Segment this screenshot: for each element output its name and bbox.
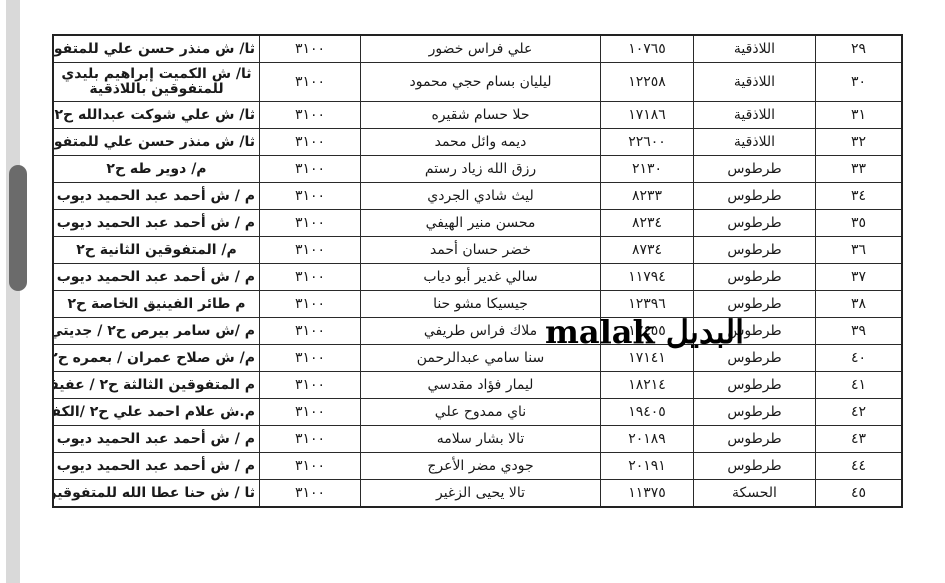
cell-amount: ٣١٠٠ (260, 426, 361, 453)
cell-number: ٨٧٣٤ (601, 237, 694, 264)
cell-name: ليمار فؤاد مقدسي (361, 372, 601, 399)
table-row: ٣٨ طرطوس ١٢٣٩٦ جيسيكا مشو حنا ٣١٠٠ م طائ… (53, 291, 902, 318)
cell-school: ثا/ ش الكميت إبراهيم بليدي للمتفوقين بال… (53, 63, 260, 102)
cell-school: م/ دوير طه ح٢ (53, 156, 260, 183)
cell-amount: ٣١٠٠ (260, 318, 361, 345)
cell-name: ليث شادي الجردي (361, 183, 601, 210)
results-table-body: ٢٩ اللاذقية ١٠٧٦٥ علي فراس خضور ٣١٠٠ ثا/… (53, 35, 902, 507)
cell-amount: ٣١٠٠ (260, 35, 361, 63)
cell-number: ١٢٢٥٨ (601, 63, 694, 102)
cell-seq: ٤٣ (816, 426, 903, 453)
cell-amount: ٣١٠٠ (260, 63, 361, 102)
cell-amount: ٣١٠٠ (260, 237, 361, 264)
cell-name: سنا سامي عبدالرحمن (361, 345, 601, 372)
cell-seq: ٤٤ (816, 453, 903, 480)
table-row: ٤٣ طرطوس ٢٠١٨٩ تالا بشار سلامه ٣١٠٠ م / … (53, 426, 902, 453)
cell-city: طرطوس (694, 372, 816, 399)
cell-seq: ٤٠ (816, 345, 903, 372)
cell-number: ٢٠١٩١ (601, 453, 694, 480)
cell-name: جيسيكا مشو حنا (361, 291, 601, 318)
cell-school: ثا/ ش منذر حسن علي للمتفوقين (53, 35, 260, 63)
vertical-scrollbar-track[interactable] (6, 0, 20, 583)
cell-city: طرطوس (694, 291, 816, 318)
cell-amount: ٣١٠٠ (260, 264, 361, 291)
cell-amount: ٣١٠٠ (260, 183, 361, 210)
cell-school: م / ش أحمد عبد الحميد ديوب ح٢ (53, 426, 260, 453)
cell-seq: ٣٤ (816, 183, 903, 210)
cell-city: الحسكة (694, 480, 816, 508)
vertical-scrollbar-thumb[interactable] (9, 165, 27, 291)
cell-number: ٨٢٣٣ (601, 183, 694, 210)
cell-city: اللاذقية (694, 63, 816, 102)
cell-city: طرطوس (694, 345, 816, 372)
table-row: ٤٢ طرطوس ١٩٤٠٥ ناي ممدوح علي ٣١٠٠ م.ش عل… (53, 399, 902, 426)
cell-amount: ٣١٠٠ (260, 399, 361, 426)
table-row: ٣٠ اللاذقية ١٢٢٥٨ ليليان بسام حجي محمود … (53, 63, 902, 102)
cell-school: م/ المتفوقين الثانية ح٢ (53, 237, 260, 264)
table-row: ٣٣ طرطوس ٢١٣٠ رزق الله زياد رستم ٣١٠٠ م/… (53, 156, 902, 183)
table-row: ٣٤ طرطوس ٨٢٣٣ ليث شادي الجردي ٣١٠٠ م / ش… (53, 183, 902, 210)
cell-amount: ٣١٠٠ (260, 102, 361, 129)
cell-school: م / ش أحمد عبد الحميد ديوب ح٢ (53, 453, 260, 480)
cell-number: ١٠٧٦٥ (601, 35, 694, 63)
cell-school: م المتفوقين الثالثة ح٢ / عفيف نصر (53, 372, 260, 399)
cell-number: ١٨٢١٤ (601, 372, 694, 399)
cell-seq: ٣٢ (816, 129, 903, 156)
cell-seq: ٣٨ (816, 291, 903, 318)
table-row: ٤٠ طرطوس ١٧١٤١ سنا سامي عبدالرحمن ٣١٠٠ م… (53, 345, 902, 372)
cell-school: ثا/ ش منذر حسن علي للمتفوقين (53, 129, 260, 156)
cell-name: حلا حسام شقيره (361, 102, 601, 129)
cell-number: ١٧١٨٦ (601, 102, 694, 129)
cell-seq: ٣٩ (816, 318, 903, 345)
cell-name: علي فراس خضور (361, 35, 601, 63)
cell-seq: ٤٢ (816, 399, 903, 426)
table-row: ٤٤ طرطوس ٢٠١٩١ جودي مضر الأعرج ٣١٠٠ م / … (53, 453, 902, 480)
cell-amount: ٣١٠٠ (260, 480, 361, 508)
cell-seq: ٤٥ (816, 480, 903, 508)
cell-school: م طائر الفينيق الخاصة ح٢ (53, 291, 260, 318)
table-row: ٤١ طرطوس ١٨٢١٤ ليمار فؤاد مقدسي ٣١٠٠ م ا… (53, 372, 902, 399)
cell-seq: ٢٩ (816, 35, 903, 63)
table-row: ٣٩ طرطوس ١٢٤٥٥ ملاك فراس طريفي ٣١٠٠ م /ش… (53, 318, 902, 345)
cell-number: ١١٧٩٤ (601, 264, 694, 291)
cell-number: ١٩٤٠٥ (601, 399, 694, 426)
cell-city: طرطوس (694, 156, 816, 183)
cell-amount: ٣١٠٠ (260, 156, 361, 183)
table-row: ٣٢ اللاذقية ٢٢٦٠٠ ديمه وائل محمد ٣١٠٠ ثا… (53, 129, 902, 156)
table-row: ٣٥ طرطوس ٨٢٣٤ محسن منير الهيفي ٣١٠٠ م / … (53, 210, 902, 237)
cell-city: طرطوس (694, 399, 816, 426)
table-row: ٢٩ اللاذقية ١٠٧٦٥ علي فراس خضور ٣١٠٠ ثا/… (53, 35, 902, 63)
cell-school: م /ش سامر بيرص ح٢ / جديتي (53, 318, 260, 345)
cell-school: ثا/ ش علي شوكت عبدالله ح٢ (53, 102, 260, 129)
cell-school: م / ش أحمد عبد الحميد ديوب ح٢ (53, 210, 260, 237)
cell-amount: ٣١٠٠ (260, 291, 361, 318)
cell-amount: ٣١٠٠ (260, 372, 361, 399)
cell-name: ليليان بسام حجي محمود (361, 63, 601, 102)
cell-number: ١٧١٤١ (601, 345, 694, 372)
table-row: ٣١ اللاذقية ١٧١٨٦ حلا حسام شقيره ٣١٠٠ ثا… (53, 102, 902, 129)
cell-number: ٢٢٦٠٠ (601, 129, 694, 156)
cell-number: ١٢٣٩٦ (601, 291, 694, 318)
cell-name: ناي ممدوح علي (361, 399, 601, 426)
cell-school: م / ش أحمد عبد الحميد ديوب ح٢ (53, 264, 260, 291)
cell-number: ٨٢٣٤ (601, 210, 694, 237)
cell-number: ٢٠١٨٩ (601, 426, 694, 453)
cell-city: اللاذقية (694, 129, 816, 156)
table-row: ٤٥ الحسكة ١١٣٧٥ تالا يحيى الزغير ٣١٠٠ ثا… (53, 480, 902, 508)
cell-city: طرطوس (694, 210, 816, 237)
cell-name: رزق الله زياد رستم (361, 156, 601, 183)
cell-city: اللاذقية (694, 102, 816, 129)
cell-name: خضر حسان أحمد (361, 237, 601, 264)
cell-name: تالا يحيى الزغير (361, 480, 601, 508)
cell-number: ١٢٤٥٥ (601, 318, 694, 345)
cell-city: طرطوس (694, 318, 816, 345)
results-table: ٢٩ اللاذقية ١٠٧٦٥ علي فراس خضور ٣١٠٠ ثا/… (52, 34, 903, 508)
cell-number: ٢١٣٠ (601, 156, 694, 183)
cell-name: تالا بشار سلامه (361, 426, 601, 453)
cell-school: ثا / ش حنا عطا الله للمتفوقين (53, 480, 260, 508)
cell-name: ديمه وائل محمد (361, 129, 601, 156)
cell-seq: ٤١ (816, 372, 903, 399)
cell-seq: ٣١ (816, 102, 903, 129)
cell-city: طرطوس (694, 264, 816, 291)
cell-amount: ٣١٠٠ (260, 453, 361, 480)
cell-seq: ٣٦ (816, 237, 903, 264)
cell-seq: ٣٣ (816, 156, 903, 183)
cell-school: م.ش علام احمد علي ح٢ /الكفرون (53, 399, 260, 426)
cell-name: محسن منير الهيفي (361, 210, 601, 237)
table-row: ٣٧ طرطوس ١١٧٩٤ سالي غدير أبو دياب ٣١٠٠ م… (53, 264, 902, 291)
cell-seq: ٣٠ (816, 63, 903, 102)
cell-amount: ٣١٠٠ (260, 129, 361, 156)
table-row: ٣٦ طرطوس ٨٧٣٤ خضر حسان أحمد ٣١٠٠ م/ المت… (53, 237, 902, 264)
cell-city: طرطوس (694, 237, 816, 264)
cell-seq: ٣٥ (816, 210, 903, 237)
cell-school: م/ ش صلاح عمران / بعمره ح٢ (53, 345, 260, 372)
cell-amount: ٣١٠٠ (260, 345, 361, 372)
cell-city: طرطوس (694, 183, 816, 210)
cell-city: طرطوس (694, 426, 816, 453)
cell-amount: ٣١٠٠ (260, 210, 361, 237)
cell-seq: ٣٧ (816, 264, 903, 291)
cell-city: اللاذقية (694, 35, 816, 63)
cell-number: ١١٣٧٥ (601, 480, 694, 508)
cell-name: سالي غدير أبو دياب (361, 264, 601, 291)
cell-name: ملاك فراس طريفي (361, 318, 601, 345)
cell-name: جودي مضر الأعرج (361, 453, 601, 480)
cell-school: م / ش أحمد عبد الحميد ديوب ح٢ (53, 183, 260, 210)
cell-city: طرطوس (694, 453, 816, 480)
